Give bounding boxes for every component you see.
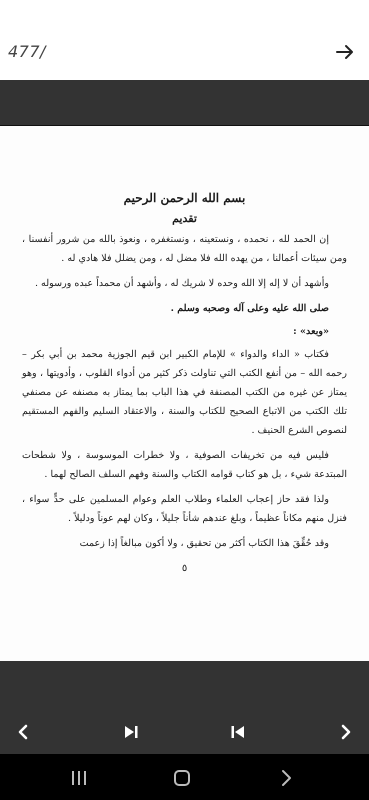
paragraph: ولذا فقد حاز إعجاب العلماء وطلاب العلم و… [22,490,347,528]
paragraph: وقد حُقِّقَ هذا الكتاب أكثر من تحقيق ، و… [22,534,347,553]
recents-icon [70,770,88,786]
paragraph: فليس فيه من تخريفات الصوفية ، ولا خطرات … [22,446,347,484]
page-indicator[interactable]: 477/ [8,42,46,61]
wa-baad: «وبعد» : [22,322,347,341]
forward-button[interactable] [333,40,357,64]
next-button[interactable] [334,720,358,744]
page-text: بسم الله الرحمن الرحيم تقديم إن الحمد لل… [22,188,347,578]
book-page[interactable]: بسم الله الرحمن الرحيم تقديم إن الحمد لل… [0,125,369,662]
first-page-button[interactable] [226,720,250,744]
chevron-left-icon [16,724,30,740]
viewer-top-band [0,80,369,125]
recents-button[interactable] [67,766,91,790]
bismillah: بسم الله الرحمن الرحيم [22,188,347,208]
paragraph: وأشهد أن لا إله إلا الله وحده لا شريك له… [22,274,347,293]
skip-to-start-icon [230,724,246,740]
previous-button[interactable] [11,720,35,744]
system-navigation-bar [0,754,369,800]
salutation: صلى الله عليه وعلى آله وصحبه وسلم . [22,299,347,318]
home-icon [173,769,191,787]
paragraph: إن الحمد لله ، نحمده ، ونستعينه ، ونستغف… [22,230,347,268]
page-number: ٥ [22,559,347,578]
skip-to-end-icon [123,724,139,740]
home-button[interactable] [170,766,194,790]
back-icon [279,769,293,787]
last-page-button[interactable] [119,720,143,744]
chevron-right-icon [339,724,353,740]
paragraph: فكتاب « الداء والدواء » للإمام الكبير اب… [22,345,347,440]
top-bar: 477/ [0,0,369,80]
page-heading: تقديم [22,210,347,228]
arrow-right-icon [333,40,357,64]
viewer-controls-band [0,661,369,754]
back-button[interactable] [274,766,298,790]
